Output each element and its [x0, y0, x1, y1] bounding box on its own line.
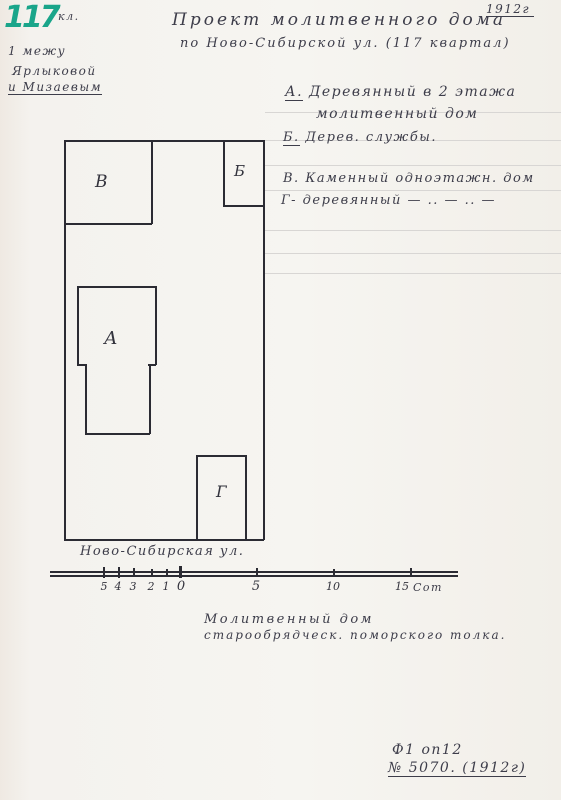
- scale-tick-label: 5: [101, 580, 108, 593]
- building-b-label: Б: [234, 162, 245, 180]
- legend-item-b: Б. Дерев. службы.: [283, 130, 437, 145]
- scale-tick-label: 10: [326, 580, 340, 593]
- lot-boundary-bottom: [64, 539, 264, 541]
- legend-text: Дерев. службы.: [305, 130, 437, 145]
- legend-key: А.: [285, 84, 303, 101]
- building-a-wall: [77, 286, 79, 365]
- scale-tick-label: 1: [163, 580, 170, 593]
- document-title-line2: по Ново-Сибирской ул. (117 квартал): [180, 36, 511, 51]
- building-a-wall: [85, 433, 150, 435]
- legend-text: молитвенный дом: [316, 106, 478, 122]
- legend-key: Г: [281, 193, 291, 208]
- building-g-wall: [196, 455, 198, 540]
- document-title-line1: Проект молитвенного дома: [172, 10, 506, 30]
- lot-boundary-right: [263, 140, 265, 540]
- ruled-line: [265, 230, 561, 231]
- building-v-wall: [151, 140, 153, 224]
- street-label: Ново-Сибирская ул.: [80, 544, 244, 559]
- scale-tick: [410, 568, 412, 577]
- scale-tick-label: 5: [252, 579, 260, 594]
- ruled-line: [265, 253, 561, 254]
- building-a-wall: [149, 364, 151, 434]
- lot-boundary-top: [64, 140, 264, 142]
- archive-ref-line1: Ф1 оп12: [392, 742, 463, 758]
- scale-tick-label: 15: [395, 580, 409, 593]
- building-a-wall: [77, 286, 156, 288]
- scale-tick: [103, 567, 105, 578]
- scale-tick: [166, 569, 168, 576]
- building-a-wall: [85, 364, 87, 434]
- scale-tick-label: 3: [130, 580, 137, 593]
- legend-key: В.: [283, 171, 300, 186]
- document-year: 1912г: [486, 2, 534, 17]
- scale-tick: [333, 569, 335, 577]
- caption-line1: Молитвенный дом: [204, 612, 374, 627]
- legend-item-a-cont: молитвенный дом: [316, 106, 478, 122]
- ruled-line: [265, 273, 561, 274]
- scale-bar-line: [50, 575, 458, 577]
- archive-ref-line2: № 5070. (1912г): [388, 760, 526, 777]
- archive-stamp-number: 117: [4, 0, 58, 35]
- legend-item-v: В. Каменный одноэтажн. дом: [283, 171, 535, 186]
- building-v-wall: [64, 223, 152, 225]
- ruled-line: [265, 190, 561, 191]
- building-g-wall: [196, 455, 246, 457]
- legend-text: Каменный одноэтажн. дом: [305, 171, 534, 186]
- legend-key: Б.: [283, 130, 300, 146]
- legend-text: Деревянный в 2 этажа: [309, 84, 516, 100]
- lot-boundary-left: [64, 140, 66, 540]
- scale-tick: [133, 568, 135, 577]
- corner-note-line2: Ярлыковой: [12, 64, 97, 78]
- legend-item-g: Г- деревянный — .. — .. —: [281, 193, 496, 208]
- legend-item-a: А. Деревянный в 2 этажа: [285, 84, 516, 100]
- scale-tick-label: 4: [115, 580, 122, 593]
- scale-unit: Сот: [413, 581, 443, 594]
- building-b-wall: [223, 205, 264, 207]
- scale-tick: [151, 569, 153, 576]
- corner-note-line1: 1 межу: [8, 44, 66, 58]
- stamp-suffix: кл.: [58, 10, 80, 23]
- caption-line2: старообрядческ. поморского толка.: [204, 628, 506, 642]
- building-v-label: В: [95, 172, 108, 192]
- ruled-line: [265, 165, 561, 166]
- scale-tick: [118, 567, 120, 578]
- scale-tick-label: 2: [148, 580, 155, 593]
- building-a-label: А: [104, 328, 118, 349]
- scale-bar-line: [50, 571, 458, 573]
- building-a-wall: [155, 286, 157, 365]
- scale-tick-label: 0: [177, 579, 185, 594]
- corner-note-line3: и Мизаевым: [8, 80, 102, 95]
- building-b-wall: [223, 140, 225, 205]
- legend-text: - деревянный — .. — .. —: [291, 193, 496, 208]
- building-g-wall: [245, 455, 247, 540]
- scale-tick: [179, 566, 182, 578]
- scale-tick: [256, 568, 258, 577]
- building-g-label: Г: [216, 482, 227, 501]
